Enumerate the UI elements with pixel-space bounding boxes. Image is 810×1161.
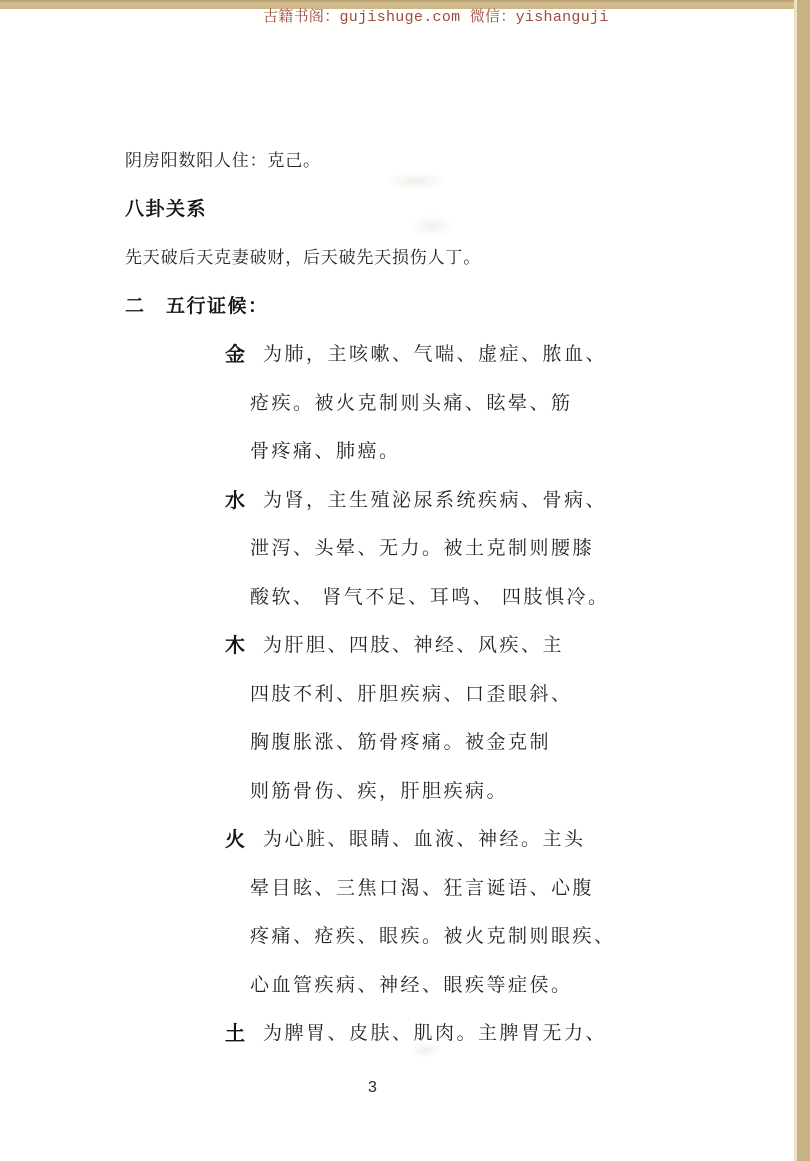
element-text-line: 为肝胆、四肢、神经、风疾、主 (263, 622, 798, 671)
heading-bagua: 八卦关系 (125, 186, 798, 235)
element-text-line: 为脾胃、皮肤、肌肉。主脾胃无力、 (263, 1010, 798, 1059)
element-section: 木为肝胆、四肢、神经、风疾、主四肢不利、肝胆疾病、口歪眼斜、胸腹胀涨、筋骨疼痛。… (125, 622, 798, 816)
heading-wuxing: 二 五行证候： (125, 283, 798, 332)
element-text-line: 疼痛、疮疾、眼疾。被火克制则眼疾、 (250, 913, 798, 962)
element-text-line: 疮疾。被火克制则头痛、眩晕、筋 (250, 380, 798, 429)
element-section: 土为脾胃、皮肤、肌肉。主脾胃无力、 (125, 1010, 798, 1059)
element-section: 水为肾，主生殖泌尿系统疾病、骨病、泄泻、头晕、无力。被土克制则腰膝酸软、 肾气不… (125, 477, 798, 623)
element-label: 木 (225, 622, 245, 671)
element-section: 金为肺，主咳嗽、气喘、虚症、脓血、疮疾。被火克制则头痛、眩晕、筋骨疼痛、肺癌。 (125, 331, 798, 477)
element-label: 金 (225, 331, 245, 380)
element-text-line: 骨疼痛、肺癌。 (250, 428, 798, 477)
element-text-line: 酸软、 肾气不足、耳鸣、 四肢惧冷。 (250, 574, 798, 623)
element-text-line: 则筋骨伤、疾，肝胆疾病。 (250, 768, 798, 817)
element-label: 水 (225, 477, 245, 526)
element-text-line: 为心脏、眼睛、血液、神经。主头 (263, 816, 798, 865)
element-section: 火为心脏、眼睛、血液、神经。主头晕目眩、三焦口渴、狂言诞语、心腹疼痛、疮疾、眼疾… (125, 816, 798, 1010)
element-text-line: 泄泻、头晕、无力。被土克制则腰膝 (250, 525, 798, 574)
element-label: 土 (225, 1010, 245, 1059)
element-text-line: 为肺，主咳嗽、气喘、虚症、脓血、 (263, 331, 798, 380)
page-number: 3 (368, 1079, 377, 1097)
element-text-line: 晕目眩、三焦口渴、狂言诞语、心腹 (250, 865, 798, 914)
element-label: 火 (225, 816, 245, 865)
intro-line: 阴房阳数阳人住：克己。 (125, 137, 798, 186)
element-text-line: 四肢不利、肝胆疾病、口歪眼斜、 (250, 671, 798, 720)
scanned-page-content: 阴房阳数阳人住：克己。 八卦关系 先天破后天克妻破财，后天破先天损伤人丁。 二 … (0, 0, 798, 1059)
element-text-line: 为肾，主生殖泌尿系统疾病、骨病、 (263, 477, 798, 526)
element-text-line: 心血管疾病、神经、眼疾等症侯。 (250, 962, 798, 1011)
wuxing-list: 金为肺，主咳嗽、气喘、虚症、脓血、疮疾。被火克制则头痛、眩晕、筋骨疼痛、肺癌。水… (125, 331, 798, 1059)
bagua-body-line: 先天破后天克妻破财，后天破先天损伤人丁。 (125, 234, 798, 283)
element-text-line: 胸腹胀涨、筋骨疼痛。被金克制 (250, 719, 798, 768)
